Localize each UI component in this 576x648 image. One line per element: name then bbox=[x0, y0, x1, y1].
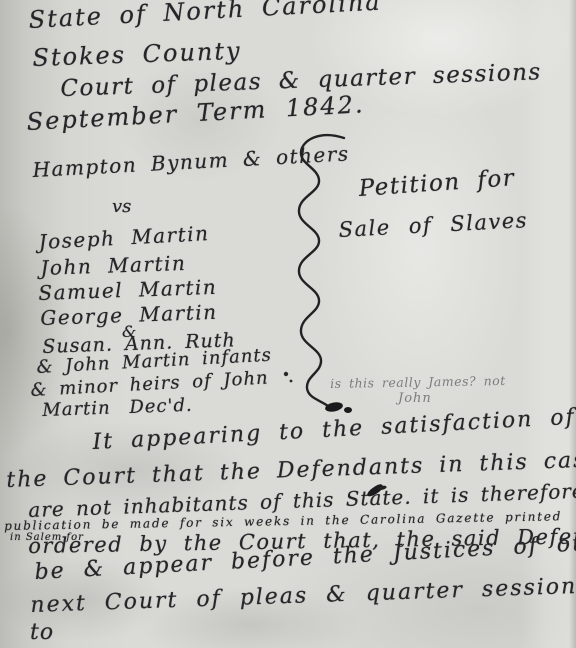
caption-defendant: Martin Dec'd. bbox=[42, 395, 193, 421]
petition-title-line: Sale of Slaves bbox=[338, 208, 529, 242]
petition-title-line: Petition for bbox=[358, 165, 516, 202]
header-state: State of North Carolina bbox=[28, 0, 382, 34]
caption-defendant: Joseph Martin bbox=[38, 221, 210, 254]
body-line: to bbox=[30, 620, 54, 645]
pencil-annotation: John bbox=[398, 391, 432, 406]
document-scan: State of North Carolina Stokes County Co… bbox=[0, 0, 576, 648]
header-county: Stokes County bbox=[32, 37, 242, 72]
pencil-annotation: is this really James? not bbox=[330, 373, 506, 391]
caption-versus: vs bbox=[112, 196, 131, 217]
